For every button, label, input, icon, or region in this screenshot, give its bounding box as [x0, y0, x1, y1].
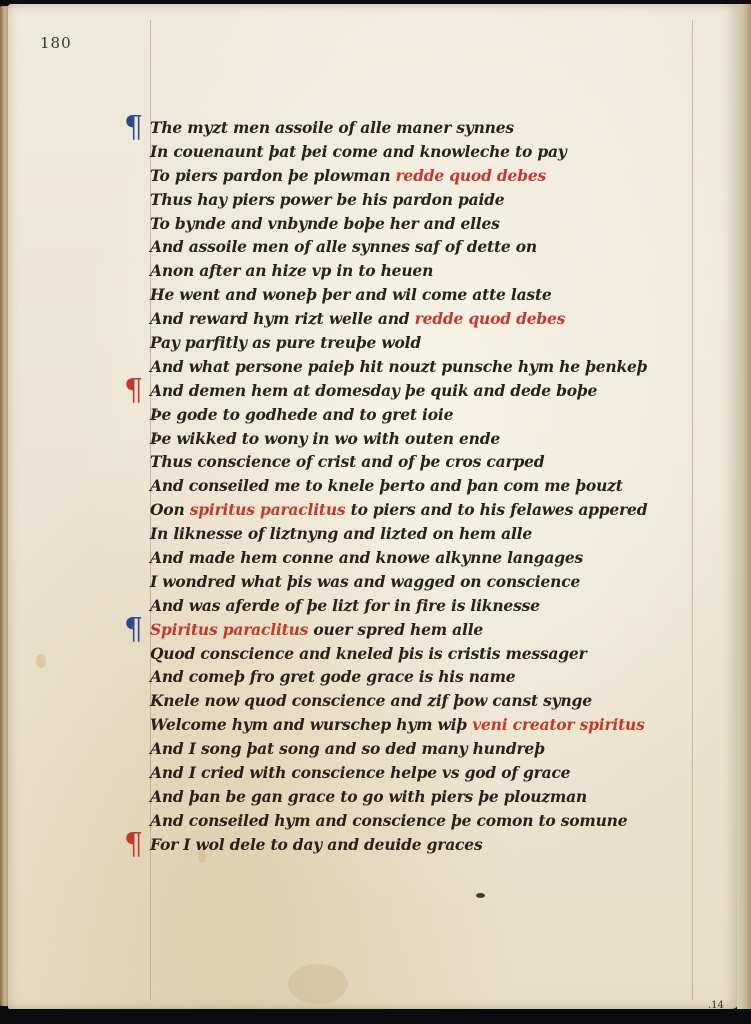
verse-line: And I cried with conscience helpe vs god… [150, 761, 730, 785]
verse-line: And reward hym rizt welle and redde quod… [150, 307, 730, 331]
rubric-text: veni creator spiritus [472, 715, 644, 734]
verse-line: Knele now quod conscience and zif þow ca… [150, 689, 730, 713]
rubric-text: spiritus paraclitus [190, 500, 346, 519]
rubric-text: Spiritus paraclitus [150, 620, 308, 639]
verse-line: Welcome hym and wurschep hym wiþ veni cr… [150, 713, 730, 737]
rubric-text: redde quod debes [415, 309, 566, 328]
verse-text: Welcome hym and wurschep hym wiþ [150, 715, 472, 734]
verse-text: Knele now quod conscience and zif þow ca… [150, 691, 592, 710]
verse-text: Thus hay piers power be his pardon paide [150, 190, 504, 209]
verse-text: Þe gode to godhede and to gret ioie [150, 405, 453, 424]
binding-gutter [737, 4, 751, 1009]
verse-text: And demen hem at domesday þe quik and de… [150, 381, 597, 400]
verse-text: Anon after an hize vp in to heuen [150, 261, 433, 280]
verse-line: And assoile men of alle synnes saf of de… [150, 235, 730, 259]
verse-text: ouer spred hem alle [308, 620, 483, 639]
verse-text: Pay parfitly as pure treuþe wold [150, 333, 421, 352]
verse-line: Þe gode to godhede and to gret ioie [150, 403, 730, 427]
verse-line: I wondred what þis was and wagged on con… [150, 570, 730, 594]
ink-blot [476, 893, 485, 898]
verse-text: And made hem conne and knowe alkynne lan… [150, 548, 583, 567]
verse-text: And I song þat song and so ded many hund… [150, 739, 545, 758]
pilcrow-red-icon: ¶ [124, 376, 143, 406]
verse-text: I wondred what þis was and wagged on con… [150, 572, 580, 591]
verse-line: In couenaunt þat þei come and knowleche … [150, 140, 730, 164]
verse-text: And þan be gan grace to go with piers þe… [150, 787, 587, 806]
verse-line: Pay parfitly as pure treuþe wold [150, 331, 730, 355]
verse-text: And was aferde of þe lizt for in fire is… [150, 596, 540, 615]
verse-line: And þan be gan grace to go with piers þe… [150, 785, 730, 809]
verse-text: And assoile men of alle synnes saf of de… [150, 237, 537, 256]
parchment-stain [288, 964, 348, 1004]
verse-line: Þe wikked to wony in wo with outen ende [150, 427, 730, 451]
pilcrow-red-icon: ¶ [124, 830, 143, 860]
verse-text: Þe wikked to wony in wo with outen ende [150, 429, 500, 448]
verse-text: For I wol dele to day and deuide graces [150, 835, 482, 854]
pilcrow-blue-icon: ¶ [124, 113, 143, 143]
verse-line: And what persone paieþ hit nouzt punsche… [150, 355, 730, 379]
verse-line: Quod conscience and kneled þis is cristi… [150, 642, 730, 666]
verse-text: Oon [150, 500, 190, 519]
verse-text-block: ¶The myzt men assoile of alle maner synn… [150, 116, 730, 857]
rubric-text: redde quod debes [395, 166, 546, 185]
verse-text: And what persone paieþ hit nouzt punsche… [150, 357, 647, 376]
verse-text: To piers pardon þe plowman [150, 166, 395, 185]
verse-text: And I cried with conscience helpe vs god… [150, 763, 570, 782]
verse-line: And made hem conne and knowe alkynne lan… [150, 546, 730, 570]
verse-text: And comeþ fro gret gode grace is his nam… [150, 667, 515, 686]
verse-text: And conseiled me to knele þerto and þan … [150, 476, 623, 495]
verse-line: To bynde and vnbynde boþe her and elles [150, 212, 730, 236]
verse-text: He went and woneþ þer and wil come atte … [150, 285, 552, 304]
verse-line: And conseiled hym and conscience þe como… [150, 809, 730, 833]
verse-line: In liknesse of liztnyng and lizted on he… [150, 522, 730, 546]
verse-text: And reward hym rizt welle and [150, 309, 415, 328]
verse-line: Thus conscience of crist and of þe cros … [150, 450, 730, 474]
signature-mark: .14 [708, 1000, 724, 1011]
verse-line: Thus hay piers power be his pardon paide [150, 188, 730, 212]
verse-text: And conseiled hym and conscience þe como… [150, 811, 627, 830]
verse-line: ¶For I wol dele to day and deuide graces [150, 833, 730, 857]
verse-text: In couenaunt þat þei come and knowleche … [150, 142, 567, 161]
parchment-stain [36, 654, 46, 668]
folio-number: 180 [40, 34, 72, 52]
verse-line: And comeþ fro gret gode grace is his nam… [150, 665, 730, 689]
verse-line: And conseiled me to knele þerto and þan … [150, 474, 730, 498]
verse-text: In liknesse of liztnyng and lizted on he… [150, 524, 532, 543]
verse-text: to piers and to his felawes appered [345, 500, 647, 519]
verse-text: Thus conscience of crist and of þe cros … [150, 452, 544, 471]
verse-line: ¶The myzt men assoile of alle maner synn… [150, 116, 730, 140]
verse-text: To bynde and vnbynde boþe her and elles [150, 214, 500, 233]
verse-line: ¶Spiritus paraclitus ouer spred hem alle [150, 618, 730, 642]
verse-line: He went and woneþ þer and wil come atte … [150, 283, 730, 307]
verse-line: And I song þat song and so ded many hund… [150, 737, 730, 761]
verse-line: To piers pardon þe plowman redde quod de… [150, 164, 730, 188]
verse-text: Quod conscience and kneled þis is cristi… [150, 644, 587, 663]
verse-line: Anon after an hize vp in to heuen [150, 259, 730, 283]
verse-line: ¶And demen hem at domesday þe quik and d… [150, 379, 730, 403]
verse-line: Oon spiritus paraclitus to piers and to … [150, 498, 730, 522]
verse-text: The myzt men assoile of alle maner synne… [150, 118, 514, 137]
pilcrow-blue-icon: ¶ [124, 615, 143, 645]
verse-line: And was aferde of þe lizt for in fire is… [150, 594, 730, 618]
